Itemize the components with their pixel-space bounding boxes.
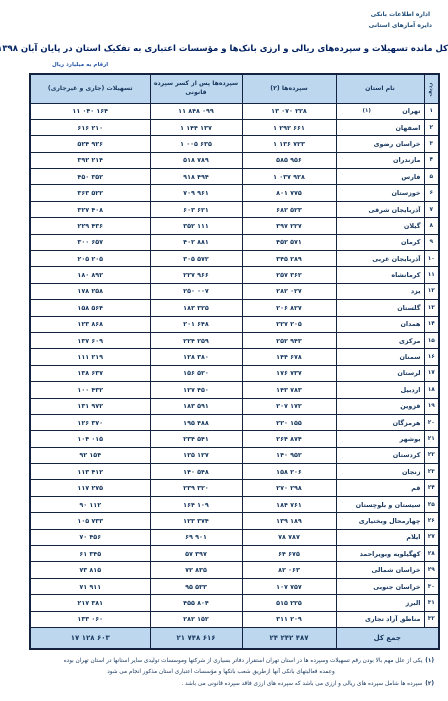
row-number: ۱۱ <box>424 267 439 283</box>
facilities-value: ۱۱۳ ۴۱۲ <box>30 464 150 480</box>
facilities-value: ۱۳۱ ۹۷۲ <box>30 398 150 414</box>
letterhead-line1: اداره اطلاعات بانکی <box>369 10 432 21</box>
row-number: ۲۱ <box>424 431 439 447</box>
province-name: هرمزگان <box>336 414 424 430</box>
facilities-value: ۱۳۸ ۶۳۷ <box>30 365 150 381</box>
col-row-number: ردیف <box>424 74 439 103</box>
total-facilities: ۱۷ ۱۲۸ ۶۰۳ <box>30 628 150 649</box>
deposits-value: ۱۳۹ ۱۸۹ <box>242 513 336 529</box>
col-province: نام استان <box>336 74 424 103</box>
facilities-value: ۲۲۹ ۴۳۶ <box>30 218 150 234</box>
deposits-value: ۳۱۱ ۲۰۹ <box>242 611 336 627</box>
province-name: قم <box>336 480 424 496</box>
row-number: ۳ <box>424 136 439 152</box>
table-row: ۷آذربایجان شرقی۶۸۲ ۵۲۳۶۰۳ ۶۲۱۳۲۷ ۴۰۸ <box>30 201 439 217</box>
province-name: البرز <box>336 595 424 611</box>
table-row: ۵فارس۱ ۰۳۷ ۹۲۸۹۱۸ ۴۹۴۴۵۰ ۳۵۲ <box>30 169 439 185</box>
header-row: ردیف نام استان سپرده‌ها (۲) سپرده‌ها پس … <box>30 74 439 103</box>
table-row: ۲۶چهارمحال وبختیاری۱۳۹ ۱۸۹۱۲۳ ۳۷۴۱۰۵ ۷۳۳ <box>30 513 439 529</box>
total-net-deposits: ۲۱ ۷۴۸ ۶۱۶ <box>150 628 242 649</box>
net-deposits-value: ۴۵۵ ۸۰۴ <box>150 595 242 611</box>
table-row: ۲۳زنجان۱۵۸ ۲۰۶۱۴۰ ۵۴۸۱۱۳ ۴۱۲ <box>30 464 439 480</box>
row-number: ۱ <box>424 103 439 119</box>
province-name: خوزستان <box>336 185 424 201</box>
net-deposits-value: ۴۰۲ ۸۸۱ <box>150 234 242 250</box>
row-number: ۳۲ <box>424 611 439 627</box>
province-name: اردبیل <box>336 382 424 398</box>
row-number: ۲۴ <box>424 480 439 496</box>
row-number: ۱۵ <box>424 332 439 348</box>
table-row: ۱۰آذربایجان غربی۳۴۵ ۲۸۹۳۰۵ ۵۷۲۲۰۵ ۲۰۵ <box>30 251 439 267</box>
total-row: جمع کل ۲۴ ۲۴۲ ۴۸۷ ۲۱ ۷۴۸ ۶۱۶ ۱۷ ۱۲۸ ۶۰۳ <box>30 628 439 649</box>
net-deposits-value: ۲۲۴ ۲۵۹ <box>150 332 242 348</box>
row-number: ۲۳ <box>424 464 439 480</box>
letterhead-line2: دایره آمارهای استانی <box>369 21 432 32</box>
row-number: ۱۸ <box>424 382 439 398</box>
province-name: خراسان رضوی <box>336 136 424 152</box>
deposits-value: ۲۵۲ ۹۴۳ <box>242 332 336 348</box>
table-container: ردیف نام استان سپرده‌ها (۲) سپرده‌ها پس … <box>29 73 440 650</box>
deposits-value: ۱۴۳ ۷۸۳ <box>242 382 336 398</box>
deposits-value: ۱۷۶ ۷۳۷ <box>242 365 336 381</box>
province-name: خراسان جنوبی <box>336 578 424 594</box>
net-deposits-value: ۹۵ ۵۳۳ <box>150 578 242 594</box>
row-number: ۵ <box>424 169 439 185</box>
facilities-value: ۱۸۰ ۸۹۲ <box>30 267 150 283</box>
deposits-value: ۲۸۲ ۰۲۷ <box>242 283 336 299</box>
facilities-value: ۱۱ ۰۴۰ ۱۶۴ <box>30 103 150 119</box>
deposits-value: ۸۲ ۰۶۳ <box>242 562 336 578</box>
row-number: ۲۵ <box>424 496 439 512</box>
table-row: ۱۵مرکزی۲۵۲ ۹۴۳۲۲۴ ۲۵۹۱۳۷ ۶۰۹ <box>30 332 439 348</box>
table-row: ۱۶سمنان۱۴۴ ۶۷۸۱۲۸ ۳۸۰۱۱۱ ۲۱۹ <box>30 349 439 365</box>
province-name: کرمانشاه <box>336 267 424 283</box>
province-name: قزوین <box>336 398 424 414</box>
facilities-value: ۵۲۴ ۹۲۶ <box>30 136 150 152</box>
net-deposits-value: ۷۲ ۸۳۵ <box>150 562 242 578</box>
deposits-value: ۶۴ ۶۷۵ <box>242 546 336 562</box>
table-row: ۲۱بوشهر۲۶۴ ۸۷۴۲۳۴ ۵۴۱۱۰۴ ۰۱۵ <box>30 431 439 447</box>
deposits-value: ۲۲۷ ۲۰۵ <box>242 316 336 332</box>
table-row: ۱تهران(۱)۱۳ ۰۷۰ ۲۲۸۱۱ ۸۴۸ ۰۹۹۱۱ ۰۴۰ ۱۶۴ <box>30 103 439 119</box>
deposits-value: ۱۰۷ ۷۵۷ <box>242 578 336 594</box>
deposits-value: ۱۴۰ ۹۵۲ <box>242 447 336 463</box>
net-deposits-value: ۵۷ ۳۹۷ <box>150 546 242 562</box>
facilities-value: ۲۰۵ ۲۰۵ <box>30 251 150 267</box>
total-label: جمع کل <box>336 628 439 649</box>
footnote-1-text: یکی از علل مهم بالا بودن رقم تسهیلات وسپ… <box>64 658 423 664</box>
row-number: ۹ <box>424 234 439 250</box>
net-deposits-value: ۱۴۰ ۵۴۸ <box>150 464 242 480</box>
net-deposits-value: ۲۰۱ ۶۴۸ <box>150 316 242 332</box>
facilities-value: ۲۱۷ ۳۸۱ <box>30 595 150 611</box>
footnote-marker: (۱) <box>363 108 371 114</box>
table-row: ۱۱کرمانشاه۲۵۷ ۳۶۲۲۲۷ ۹۶۶۱۸۰ ۸۹۲ <box>30 267 439 283</box>
province-name: سمنان <box>336 349 424 365</box>
row-number: ۶ <box>424 185 439 201</box>
facilities-value: ۱۲۳ ۸۶۸ <box>30 316 150 332</box>
table-row: ۱۲یزد۲۸۲ ۰۲۷۲۵۰ ۰۰۷۱۷۸ ۲۵۸ <box>30 283 439 299</box>
facilities-value: ۳۰۰ ۶۵۷ <box>30 234 150 250</box>
table-row: ۹کرمان۴۵۲ ۵۷۱۴۰۲ ۸۸۱۳۰۰ ۶۵۷ <box>30 234 439 250</box>
facilities-value: ۱۵۸ ۵۶۴ <box>30 300 150 316</box>
province-name: مرکزی <box>336 332 424 348</box>
deposits-value: ۱ ۰۳۷ ۹۲۸ <box>242 169 336 185</box>
deposits-value: ۵۱۵ ۲۲۵ <box>242 595 336 611</box>
facilities-value: ۱۷۸ ۲۵۸ <box>30 283 150 299</box>
deposits-value: ۸۰۱ ۷۷۵ <box>242 185 336 201</box>
facilities-value: ۱۰۴ ۰۱۵ <box>30 431 150 447</box>
letterhead: اداره اطلاعات بانکی دایره آمارهای استانی <box>369 10 432 32</box>
facilities-value: ۳۲۷ ۴۰۸ <box>30 201 150 217</box>
facilities-value: ۶۱۶ ۲۱۰ <box>30 119 150 135</box>
facilities-value: ۴۵۰ ۳۵۲ <box>30 169 150 185</box>
province-name: زنجان <box>336 464 424 480</box>
net-deposits-value: ۳۰۵ ۵۷۲ <box>150 251 242 267</box>
province-name: گلستان <box>336 300 424 316</box>
province-name: بوشهر <box>336 431 424 447</box>
province-table: ردیف نام استان سپرده‌ها (۲) سپرده‌ها پس … <box>29 73 440 650</box>
province-name: کرمان <box>336 234 424 250</box>
deposits-value: ۷۸ ۷۸۷ <box>242 529 336 545</box>
facilities-value: ۱۰۰ ۴۳۲ <box>30 382 150 398</box>
table-row: ۲اصفهان۱ ۲۹۲ ۶۶۱۱ ۱۴۴ ۱۳۷۶۱۶ ۲۱۰ <box>30 119 439 135</box>
deposits-value: ۱۵۸ ۲۰۶ <box>242 464 336 480</box>
facilities-value: ۶۱ ۳۴۵ <box>30 546 150 562</box>
net-deposits-value: ۱۸۳ ۵۹۱ <box>150 398 242 414</box>
table-row: ۸گیلان۳۹۷ ۲۲۷۳۵۲ ۱۱۱۲۲۹ ۴۳۶ <box>30 218 439 234</box>
province-name: لرستان <box>336 365 424 381</box>
province-name: کردستان <box>336 447 424 463</box>
table-row: ۴مازندران۵۸۵ ۹۵۶۵۱۸ ۷۸۹۳۹۲ ۲۱۴ <box>30 152 439 168</box>
table-row: ۳خراسان رضوی۱ ۱۳۶ ۷۲۳۱ ۰۰۵ ۶۳۵۵۲۴ ۹۲۶ <box>30 136 439 152</box>
net-deposits-value: ۱۲۳ ۳۷۴ <box>150 513 242 529</box>
units-note: ارقام به میلیارد ریال <box>52 62 108 68</box>
net-deposits-value: ۱۲۸ ۳۸۰ <box>150 349 242 365</box>
facilities-value: ۱۳۷ ۶۰۹ <box>30 332 150 348</box>
table-row: ۱۳گلستان۲۰۶ ۸۲۷۱۸۳ ۳۲۵۱۵۸ ۵۶۴ <box>30 300 439 316</box>
table-row: ۱۹قزوین۲۰۷ ۱۷۲۱۸۳ ۵۹۱۱۳۱ ۹۷۲ <box>30 398 439 414</box>
net-deposits-value: ۲۲۷ ۹۶۶ <box>150 267 242 283</box>
footnote-2-text: سپرده ها شامل سپرده های ریالی و ارزی می … <box>181 681 422 687</box>
deposits-value: ۲۲۰ ۱۵۵ <box>242 414 336 430</box>
row-number: ۲۲ <box>424 447 439 463</box>
row-number: ۴ <box>424 152 439 168</box>
net-deposits-value: ۱۶۴ ۱۰۹ <box>150 496 242 512</box>
facilities-value: ۱۲۶ ۳۷۰ <box>30 414 150 430</box>
table-row: ۲۸کهگیلویه وبویراحمد۶۴ ۶۷۵۵۷ ۳۹۷۶۱ ۳۴۵ <box>30 546 439 562</box>
row-number: ۲۹ <box>424 562 439 578</box>
footnote-1-marker: (۱) <box>425 658 434 664</box>
table-row: ۳۲مناطق آزاد تجاری۳۱۱ ۲۰۹۲۸۲ ۱۵۲۱۳۳ ۰۶۰ <box>30 611 439 627</box>
table-row: ۳۰خراسان جنوبی۱۰۷ ۷۵۷۹۵ ۵۳۳۷۱ ۹۱۱ <box>30 578 439 594</box>
deposits-value: ۲۵۷ ۳۶۲ <box>242 267 336 283</box>
col-deposits: سپرده‌ها (۲) <box>242 74 336 103</box>
document-page: اداره اطلاعات بانکی دایره آمارهای استانی… <box>0 0 448 701</box>
row-number: ۲۰ <box>424 414 439 430</box>
province-name: یزد <box>336 283 424 299</box>
table-row: ۲۵سیستان و بلوچستان۱۸۴ ۷۶۱۱۶۴ ۱۰۹۹۰ ۱۱۲ <box>30 496 439 512</box>
facilities-value: ۹۲ ۱۵۴ <box>30 447 150 463</box>
net-deposits-value: ۶۰۳ ۶۲۱ <box>150 201 242 217</box>
row-number: ۲ <box>424 119 439 135</box>
table-body: ۱تهران(۱)۱۳ ۰۷۰ ۲۲۸۱۱ ۸۴۸ ۰۹۹۱۱ ۰۴۰ ۱۶۴۲… <box>30 103 439 628</box>
province-name: سیستان و بلوچستان <box>336 496 424 512</box>
net-deposits-value: ۲۵۰ ۰۰۷ <box>150 283 242 299</box>
deposits-value: ۱ ۱۳۶ ۷۲۳ <box>242 136 336 152</box>
row-number: ۱۰ <box>424 251 439 267</box>
province-name: تهران(۱) <box>336 103 424 119</box>
row-number: ۲۷ <box>424 529 439 545</box>
col-net-deposits: سپرده‌ها پس از کسر سپرده قانونی <box>150 74 242 103</box>
deposits-value: ۱ ۲۹۲ ۶۶۱ <box>242 119 336 135</box>
net-deposits-value: ۹۱۸ ۴۹۴ <box>150 169 242 185</box>
province-name: ایلام <box>336 529 424 545</box>
facilities-value: ۱۳۳ ۰۶۰ <box>30 611 150 627</box>
deposits-value: ۱۳ ۰۷۰ ۲۲۸ <box>242 103 336 119</box>
deposits-value: ۳۹۷ ۲۲۷ <box>242 218 336 234</box>
province-name: کهگیلویه وبویراحمد <box>336 546 424 562</box>
table-row: ۲۰هرمزگان۲۲۰ ۱۵۵۱۹۵ ۴۸۸۱۲۶ ۳۷۰ <box>30 414 439 430</box>
net-deposits-value: ۳۵۲ ۱۱۱ <box>150 218 242 234</box>
row-number: ۲۸ <box>424 546 439 562</box>
table-row: ۱۷لرستان۱۷۶ ۷۳۷۱۵۶ ۵۲۰۱۳۸ ۶۳۷ <box>30 365 439 381</box>
table-row: ۶خوزستان۸۰۱ ۷۷۵۷۰۹ ۹۶۱۳۶۳ ۵۲۲ <box>30 185 439 201</box>
row-number: ۲۶ <box>424 513 439 529</box>
net-deposits-value: ۲۳۹ ۳۲۰ <box>150 480 242 496</box>
province-name: فارس <box>336 169 424 185</box>
facilities-value: ۱۱۷ ۲۷۵ <box>30 480 150 496</box>
deposits-value: ۴۵۲ ۵۷۱ <box>242 234 336 250</box>
facilities-value: ۷۳ ۸۱۵ <box>30 562 150 578</box>
province-name: چهارمحال وبختیاری <box>336 513 424 529</box>
province-name: خراسان شمالی <box>336 562 424 578</box>
col-facilities: تسهیلات (جاری و غیرجاری) <box>30 74 150 103</box>
deposits-value: ۱۴۴ ۶۷۸ <box>242 349 336 365</box>
deposits-value: ۲۰۶ ۸۲۷ <box>242 300 336 316</box>
net-deposits-value: ۱۸۳ ۳۲۵ <box>150 300 242 316</box>
province-name: مناطق آزاد تجاری <box>336 611 424 627</box>
row-number: ۱۴ <box>424 316 439 332</box>
deposits-value: ۱۸۴ ۷۶۱ <box>242 496 336 512</box>
facilities-value: ۳۹۲ ۲۱۴ <box>30 152 150 168</box>
net-deposits-value: ۱۲۷ ۴۵۰ <box>150 382 242 398</box>
facilities-value: ۹۰ ۱۱۲ <box>30 496 150 512</box>
row-number: ۸ <box>424 218 439 234</box>
facilities-value: ۷۰ ۴۵۶ <box>30 529 150 545</box>
row-number: ۱۳ <box>424 300 439 316</box>
table-row: ۲۹خراسان شمالی۸۲ ۰۶۳۷۲ ۸۳۵۷۳ ۸۱۵ <box>30 562 439 578</box>
deposits-value: ۶۸۲ ۵۲۳ <box>242 201 336 217</box>
page-title: کل مانده تسهیلات و سپرده‌های ریالی و ارز… <box>0 44 448 54</box>
net-deposits-value: ۱۱ ۸۴۸ ۰۹۹ <box>150 103 242 119</box>
net-deposits-value: ۱ ۰۰۵ ۶۳۵ <box>150 136 242 152</box>
table-row: ۳۱البرز۵۱۵ ۲۲۵۴۵۵ ۸۰۴۲۱۷ ۳۸۱ <box>30 595 439 611</box>
net-deposits-value: ۲۳۴ ۵۴۱ <box>150 431 242 447</box>
province-name: مازندران <box>336 152 424 168</box>
net-deposits-value: ۲۸۲ ۱۵۲ <box>150 611 242 627</box>
row-number: ۳۰ <box>424 578 439 594</box>
deposits-value: ۲۶۴ ۸۷۴ <box>242 431 336 447</box>
table-row: ۲۲کردستان۱۴۰ ۹۵۲۱۲۵ ۱۲۷۹۲ ۱۵۴ <box>30 447 439 463</box>
net-deposits-value: ۶۹ ۹۰۱ <box>150 529 242 545</box>
net-deposits-value: ۱۹۵ ۴۸۸ <box>150 414 242 430</box>
table-row: ۲۷ایلام۷۸ ۷۸۷۶۹ ۹۰۱۷۰ ۴۵۶ <box>30 529 439 545</box>
footnote-2-marker: (۲) <box>425 681 434 687</box>
net-deposits-value: ۱۵۶ ۵۲۰ <box>150 365 242 381</box>
row-number: ۱۹ <box>424 398 439 414</box>
table-row: ۱۴همدان۲۲۷ ۲۰۵۲۰۱ ۶۴۸۱۲۳ ۸۶۸ <box>30 316 439 332</box>
footnote-1: (۱)یکی از علل مهم بالا بودن رقم تسهیلات … <box>8 656 434 667</box>
net-deposits-value: ۷۰۹ ۹۶۱ <box>150 185 242 201</box>
province-name: آذربایجان شرقی <box>336 201 424 217</box>
row-number: ۱۶ <box>424 349 439 365</box>
province-name: گیلان <box>336 218 424 234</box>
province-name: اصفهان <box>336 119 424 135</box>
facilities-value: ۱۰۵ ۷۳۳ <box>30 513 150 529</box>
province-name: آذربایجان غربی <box>336 251 424 267</box>
net-deposits-value: ۵۱۸ ۷۸۹ <box>150 152 242 168</box>
deposits-value: ۳۴۵ ۲۸۹ <box>242 251 336 267</box>
footnote-2: (۲)سپرده ها شامل سپرده های ریالی و ارزی … <box>8 679 434 690</box>
deposits-value: ۵۸۵ ۹۵۶ <box>242 152 336 168</box>
row-number: ۷ <box>424 201 439 217</box>
province-name: همدان <box>336 316 424 332</box>
row-number: ۱۷ <box>424 365 439 381</box>
table-row: ۲۴قم۲۷۰ ۲۹۸۲۳۹ ۳۲۰۱۱۷ ۲۷۵ <box>30 480 439 496</box>
deposits-value: ۲۰۷ ۱۷۲ <box>242 398 336 414</box>
row-number: ۳۱ <box>424 595 439 611</box>
facilities-value: ۷۱ ۹۱۱ <box>30 578 150 594</box>
facilities-value: ۱۱۱ ۲۱۹ <box>30 349 150 365</box>
deposits-value: ۲۷۰ ۲۹۸ <box>242 480 336 496</box>
footnotes: (۱)یکی از علل مهم بالا بودن رقم تسهیلات … <box>8 656 434 690</box>
row-number: ۱۲ <box>424 283 439 299</box>
total-deposits: ۲۴ ۲۴۲ ۴۸۷ <box>242 628 336 649</box>
net-deposits-value: ۱۲۵ ۱۲۷ <box>150 447 242 463</box>
net-deposits-value: ۱ ۱۴۴ ۱۳۷ <box>150 119 242 135</box>
facilities-value: ۳۶۳ ۵۲۲ <box>30 185 150 201</box>
table-row: ۱۸اردبیل۱۴۳ ۷۸۳۱۲۷ ۴۵۰۱۰۰ ۴۳۲ <box>30 382 439 398</box>
footnote-1-text-line2: وعمده فعالیتهای بانکی آنها ازطریق شعب با… <box>8 667 434 678</box>
